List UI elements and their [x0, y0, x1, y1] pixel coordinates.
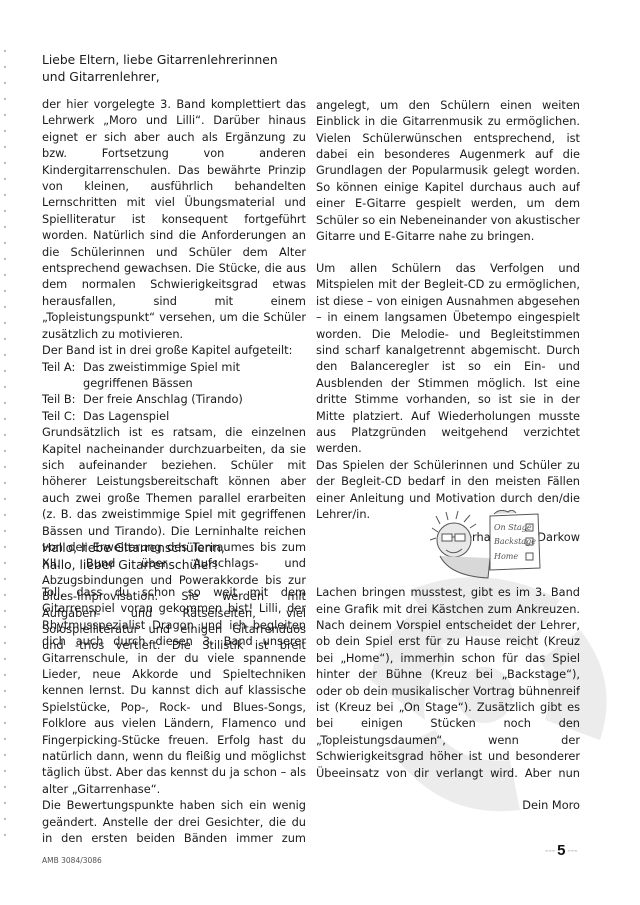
svg-text:On Stage: On Stage	[494, 523, 532, 532]
greeting-line: hallo, lieber Gitarrenschüler!	[42, 557, 225, 574]
chapter-label: Teil A:	[42, 359, 83, 392]
page-number-badge: ≡≡≡ 5 ≡≡≡	[545, 842, 577, 859]
decorative-lines-icon: ≡≡≡	[545, 848, 555, 853]
chapter-item: Teil C: Das Lagenspiel	[42, 408, 306, 424]
paragraph: der hier vorgelegte 3. Band komplettiert…	[42, 96, 306, 342]
decorative-lines-icon: ≡≡≡	[567, 848, 577, 853]
moro-character-with-rating-sign-icon: On Stage Backstage Home	[430, 510, 565, 582]
paragraph-continued: Grundsätzlich ist es ratsam, die einzeln…	[316, 96, 580, 260]
chapter-text: Das Lagenspiel	[83, 408, 306, 424]
students-text-column-left: Toll, dass du schon so weit mit dem Gita…	[42, 584, 306, 846]
students-greeting: Hallo, liebe Gitarrenschülerin, hallo, l…	[42, 540, 225, 573]
parents-greeting: Liebe Eltern, liebe Gitarrenlehrerinnen …	[42, 52, 278, 85]
greeting-line: Liebe Eltern, liebe Gitarrenlehrerinnen	[42, 52, 278, 69]
parents-text-column-right: Grundsätzlich ist es ratsam, die einzeln…	[316, 96, 580, 545]
signature: Dein Moro	[316, 797, 580, 813]
chapter-label: Teil C:	[42, 408, 83, 424]
svg-text:Backstage: Backstage	[493, 537, 536, 546]
chapter-item: Teil B: Der freie Anschlag (Tirando)	[42, 391, 306, 407]
margin-dots	[4, 50, 8, 830]
chapter-text: Das zweistimmige Spiel mit gegriffenen B…	[83, 359, 306, 392]
svg-text:Home: Home	[493, 552, 518, 561]
chapter-item: Teil A: Das zweistimmige Spiel mit gegri…	[42, 359, 306, 392]
greeting-line: und Gitarrenlehrer,	[42, 69, 278, 86]
catalog-code: AMB 3084/3086	[42, 856, 102, 865]
chapter-label: Teil B:	[42, 391, 83, 407]
paragraph-continued: Die Bewertungspunkte haben sich ein weni…	[316, 584, 580, 781]
students-text-column-right: Die Bewertungspunkte haben sich ein weni…	[316, 584, 580, 813]
page-number: 5	[557, 842, 565, 859]
greeting-line: Hallo, liebe Gitarrenschülerin,	[42, 540, 225, 557]
chapter-text: Der freie Anschlag (Tirando)	[83, 391, 306, 407]
paragraph: Die Bewertungspunkte haben sich ein weni…	[42, 797, 306, 846]
paragraph: Toll, dass du schon so weit mit dem Gita…	[42, 584, 306, 797]
chapters-intro: Der Band ist in drei große Kapitel aufge…	[42, 342, 306, 358]
paragraph: Um allen Schülern das Verfolgen und Mits…	[316, 260, 580, 457]
